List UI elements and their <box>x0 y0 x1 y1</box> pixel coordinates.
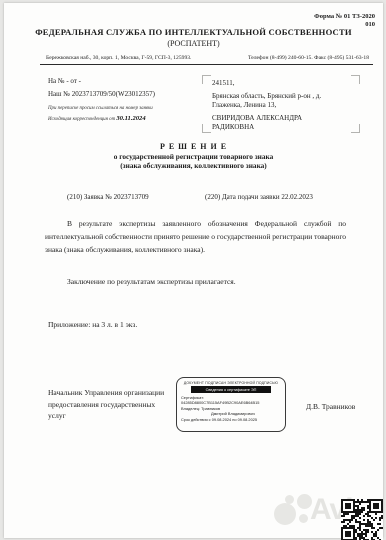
outgoing-correspondence-date: 30.11.2024 <box>116 115 145 122</box>
outgoing-correspondence-label: Исходящая корреспонденция от <box>48 117 115 122</box>
qr-code-icon <box>341 499 383 540</box>
address-window-corner-mark <box>202 124 211 133</box>
decision-subtitle-2: (знака обслуживания, коллективного знака… <box>4 161 383 170</box>
decision-title: Р Е Ш Е Н И Е <box>4 142 383 151</box>
electronic-signature-stamp: ДОКУМЕНТ ПОДПИСАН ЭЛЕКТРОННОЙ ПОДПИСЬЮ С… <box>176 377 286 432</box>
letterhead-divider <box>40 64 373 65</box>
agency-short-name: (РОСПАТЕНТ) <box>4 39 383 48</box>
our-ref-number: Наш № 2023713709/50(W23012357) <box>48 90 155 98</box>
signer-position: Начальник Управления организации предост… <box>48 387 170 422</box>
document-page: Форма № 01 ТЗ-2020 010 ФЕДЕРАЛЬНАЯ СЛУЖБ… <box>4 3 383 538</box>
decision-conclusion-paragraph: Заключение по результатам экспертизы при… <box>45 275 346 288</box>
signer-name: Д.В. Травников <box>306 402 355 411</box>
stamp-title: ДОКУМЕНТ ПОДПИСАН ЭЛЕКТРОННОЙ ПОДПИСЬЮ <box>181 381 281 385</box>
address-window-corner-mark <box>351 124 360 133</box>
stamp-validity: Срок действия с 09.08.2024 по 09.08.2025 <box>181 417 281 422</box>
form-number: Форма № 01 ТЗ-2020 010 <box>314 13 375 28</box>
reference-block: На № - от - Наш № 2023713709/50(W2301235… <box>48 77 155 124</box>
avito-logo-circle-icon <box>285 495 294 504</box>
recipient-address: Брянская область, Брянский р-он , д. Гла… <box>212 92 344 109</box>
recipient-postal-code: 241511, <box>212 79 360 87</box>
address-window-corner-mark <box>202 75 211 84</box>
attachment-line: Приложение: на 3 л. в 1 экз. <box>48 320 137 329</box>
avito-logo-circle-icon <box>299 514 308 523</box>
letterhead-phone-fax: Телефон (8-499) 240-60-15. Факс (8-495) … <box>248 55 369 61</box>
screenshot-root: { "form": { "number_line1": "Форма № 01 … <box>0 0 386 540</box>
outgoing-correspondence: Исходящая корреспонденция от 30.11.2024 <box>48 115 155 124</box>
recipient-address-window: 241511, Брянская область, Брянский р-он … <box>202 75 360 133</box>
filing-date-field: (220) Дата подачи заявки 22.02.2023 <box>205 193 313 201</box>
letterhead-contact-row: Бережковская наб., 30, корп. 1, Москва, … <box>46 55 369 61</box>
address-window-corner-mark <box>351 75 360 84</box>
reference-note: При переписке просим ссылаться на номер … <box>48 105 155 113</box>
agency-title: ФЕДЕРАЛЬНАЯ СЛУЖБА ПО ИНТЕЛЛЕКТУАЛЬНОЙ С… <box>4 27 383 37</box>
stamp-certificate-badge: Сведения о сертификате ЭП <box>191 386 271 393</box>
incoming-ref: На № - от - <box>48 77 155 85</box>
avito-logo-circle-icon <box>274 503 296 525</box>
application-number-field: (210) Заявка № 2023713709 <box>67 193 149 201</box>
form-number-line1: Форма № 01 ТЗ-2020 <box>314 13 375 21</box>
recipient-name: СВИРИДОВА АЛЕКСАНДРА РАДИКОВНА <box>212 114 324 131</box>
decision-subtitle-1: о государственной регистрации товарного … <box>4 152 383 161</box>
letterhead-address: Бережковская наб., 30, корп. 1, Москва, … <box>46 55 191 61</box>
decision-body-paragraph: В результате экспертизы заявленного обоз… <box>45 217 346 257</box>
